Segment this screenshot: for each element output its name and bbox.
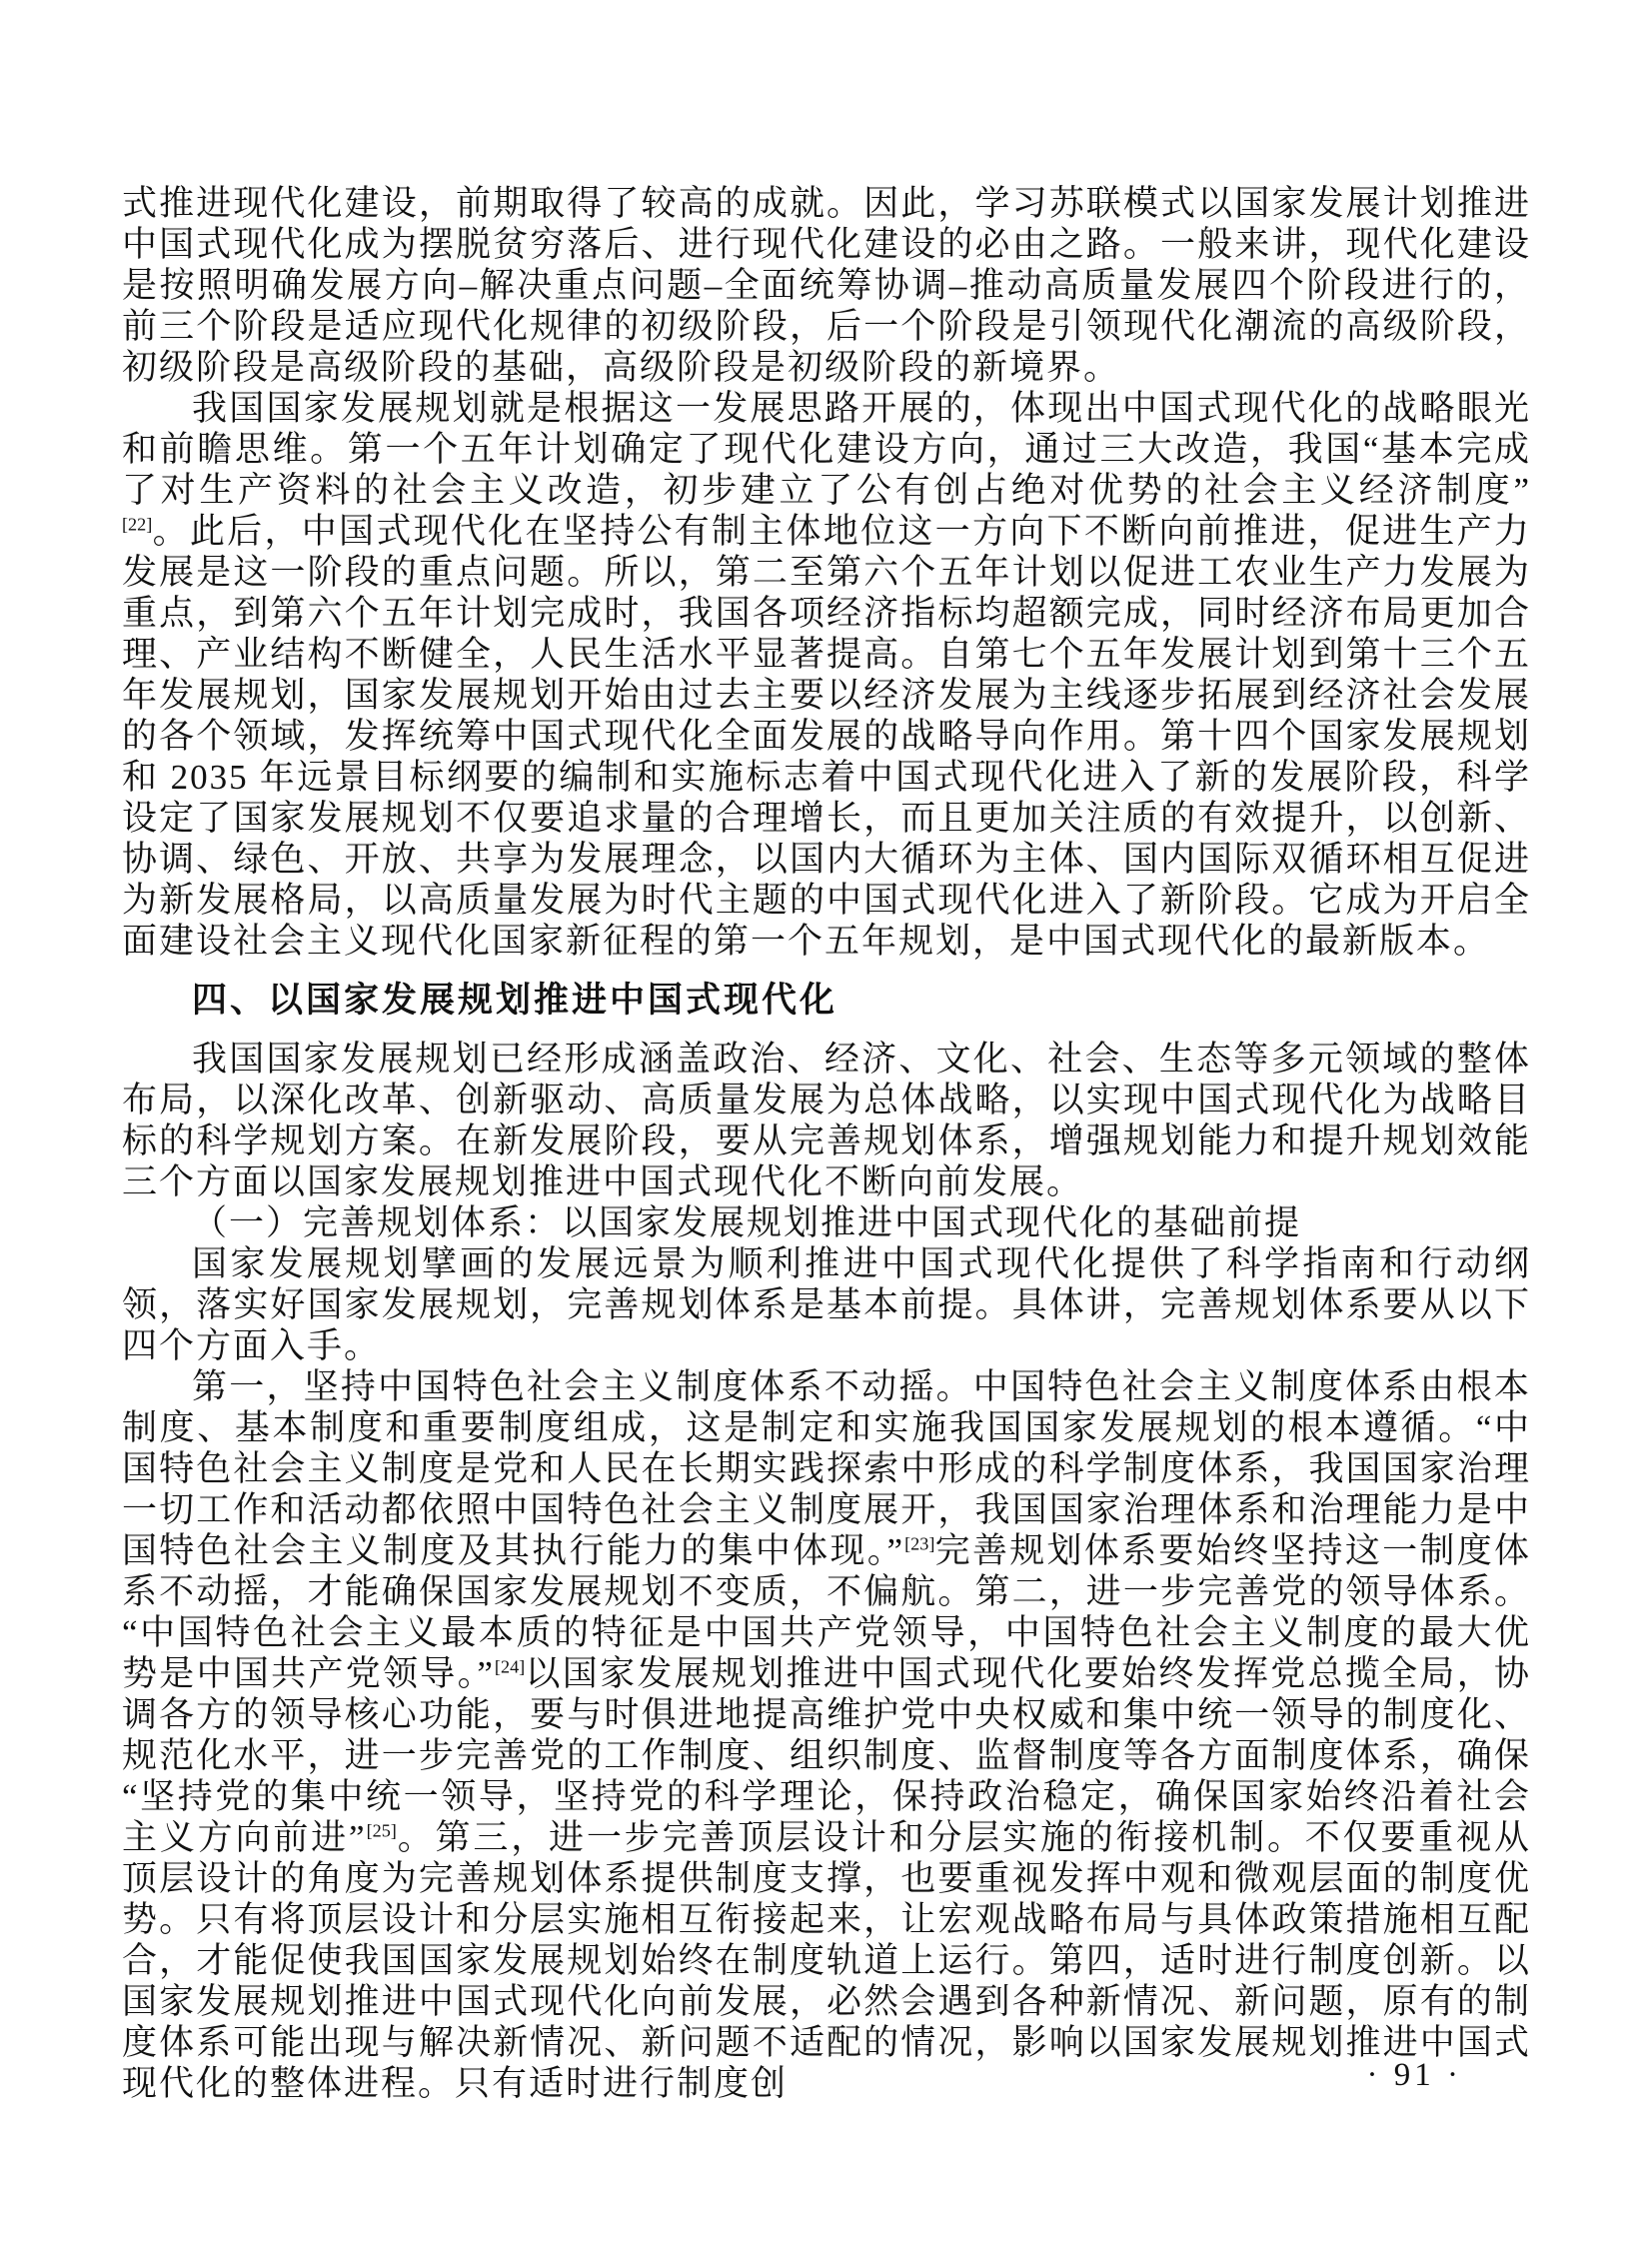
document-body: 式推进现代化建设，前期取得了较高的成就。因此，学习苏联模式以国家发展计划推进中国… bbox=[122, 183, 1531, 2104]
body-paragraph-continuation: 式推进现代化建设，前期取得了较高的成就。因此，学习苏联模式以国家发展计划推进中国… bbox=[122, 183, 1531, 388]
body-paragraph: 第一，坚持中国特色社会主义制度体系不动摇。中国特色社会主义制度体系由根本制度、基… bbox=[122, 1366, 1531, 2104]
citation-marker: [25] bbox=[367, 1820, 397, 1840]
page-number: · 91 · bbox=[1367, 2057, 1462, 2094]
citation-marker: [22] bbox=[122, 514, 152, 534]
section-heading: 四、以国家发展规划推进中国式现代化 bbox=[122, 980, 1531, 1021]
subsection-heading: （一）完善规划体系：以国家发展规划推进中国式现代化的基础前提 bbox=[122, 1202, 1531, 1243]
citation-marker: [24] bbox=[495, 1656, 525, 1676]
body-paragraph: 我国国家发展规划就是根据这一发展思路开展的，体现出中国式现代化的战略眼光和前瞻思… bbox=[122, 388, 1531, 962]
body-paragraph: 国家发展规划擘画的发展远景为顺利推进中国式现代化提供了科学指南和行动纲领，落实好… bbox=[122, 1243, 1531, 1366]
paper-page: 式推进现代化建设，前期取得了较高的成就。因此，学习苏联模式以国家发展计划推进中国… bbox=[0, 0, 1652, 2243]
body-paragraph: 我国国家发展规划已经形成涵盖政治、经济、文化、社会、生态等多元领域的整体布局，以… bbox=[122, 1039, 1531, 1202]
citation-marker: [23] bbox=[904, 1533, 934, 1553]
